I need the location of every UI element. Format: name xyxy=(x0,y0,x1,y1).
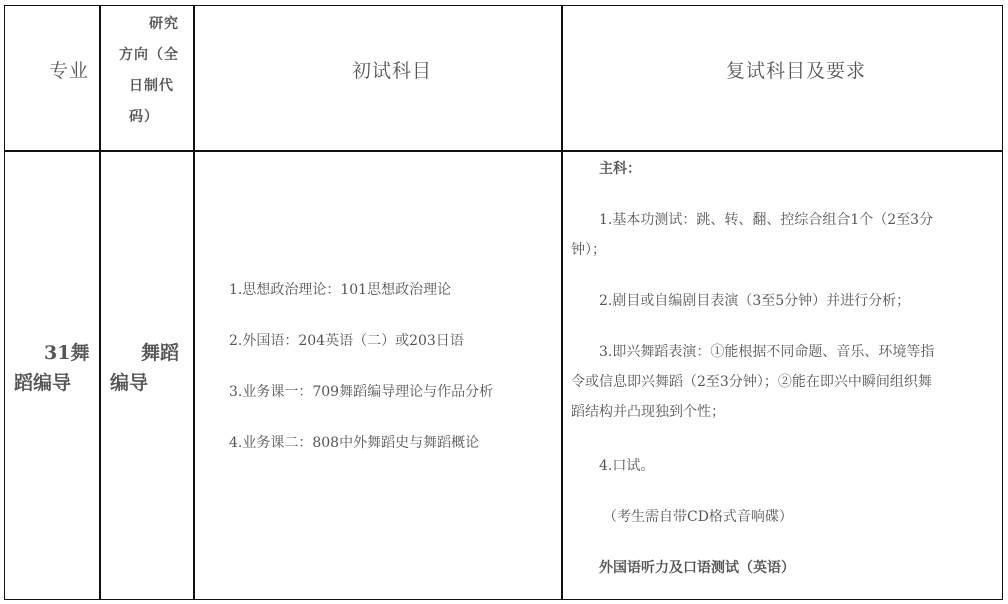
header-preliminary-label: 初试科目 xyxy=(352,56,432,83)
major-line2: 蹈编导 xyxy=(14,368,71,398)
preliminary-item: 1.思想政治理论：101思想政治理论 xyxy=(229,265,451,316)
retest-item3-line3: 蹈结构并凸现独到个性； xyxy=(571,401,725,421)
retest-item3-line2: 令或信息即兴舞蹈（2至3分钟）；②能在即兴中瞬间组织舞 xyxy=(571,371,932,391)
header-retest: 复试科目及要求 xyxy=(563,6,1001,150)
header-major: 专业 xyxy=(5,6,99,150)
preliminary-cell: 1.思想政治理论：101思想政治理论 2.外国语：204英语（二）或203日语 … xyxy=(195,152,561,599)
header-direction-line4: 码） xyxy=(129,101,159,133)
header-major-label: 专业 xyxy=(49,56,89,83)
preliminary-item: 4.业务课二：808中外舞蹈史与舞蹈概论 xyxy=(229,418,479,469)
preliminary-item: 3.业务课一：709舞蹈编导理论与作品分析 xyxy=(229,367,493,418)
header-direction-line1: 研究 xyxy=(149,8,179,40)
direction-line1: 舞蹈 xyxy=(141,338,179,368)
retest-item1-line2: 钟）； xyxy=(571,239,606,259)
header-direction: 研究 方向（全 日制代 码） xyxy=(101,6,193,150)
retest-item3-line1: 3.即兴舞蹈表演：①能根据不同命题、音乐、环境等指 xyxy=(599,341,934,361)
retest-item1-line1: 1.基本功测试：跳、转、翻、控综合组合1个（2至3分 xyxy=(599,209,933,229)
retest-item4: 4.口试。 xyxy=(599,455,654,475)
direction-line2: 编导 xyxy=(110,368,148,398)
header-retest-label: 复试科目及要求 xyxy=(726,56,866,83)
retest-item2: 2.剧目或自编剧目表演（3至5分钟）并进行分析； xyxy=(599,290,910,310)
header-direction-line3: 日制代 xyxy=(129,70,174,102)
header-direction-line2: 方向（全 xyxy=(119,39,179,71)
header-preliminary: 初试科目 xyxy=(195,6,561,150)
retest-foreign-language-test: 外国语听力及口语测试（英语） xyxy=(599,557,795,577)
retest-cell: 主科： 1.基本功测试：跳、转、翻、控综合组合1个（2至3分 钟）； 2.剧目或… xyxy=(563,152,1001,599)
major-cell: 31舞 蹈编导 xyxy=(5,152,99,599)
major-line1: 31舞 xyxy=(44,338,89,368)
exam-subjects-table: 专业 研究 方向（全 日制代 码） 初试科目 复试科目及要求 31舞 蹈编导 舞… xyxy=(4,5,1003,600)
preliminary-item: 2.外国语：204英语（二）或203日语 xyxy=(229,316,464,367)
retest-note: （考生需自带CD格式音响碟） xyxy=(603,506,793,526)
retest-main-subject: 主科： xyxy=(599,158,641,178)
direction-cell: 舞蹈 编导 xyxy=(101,152,193,599)
